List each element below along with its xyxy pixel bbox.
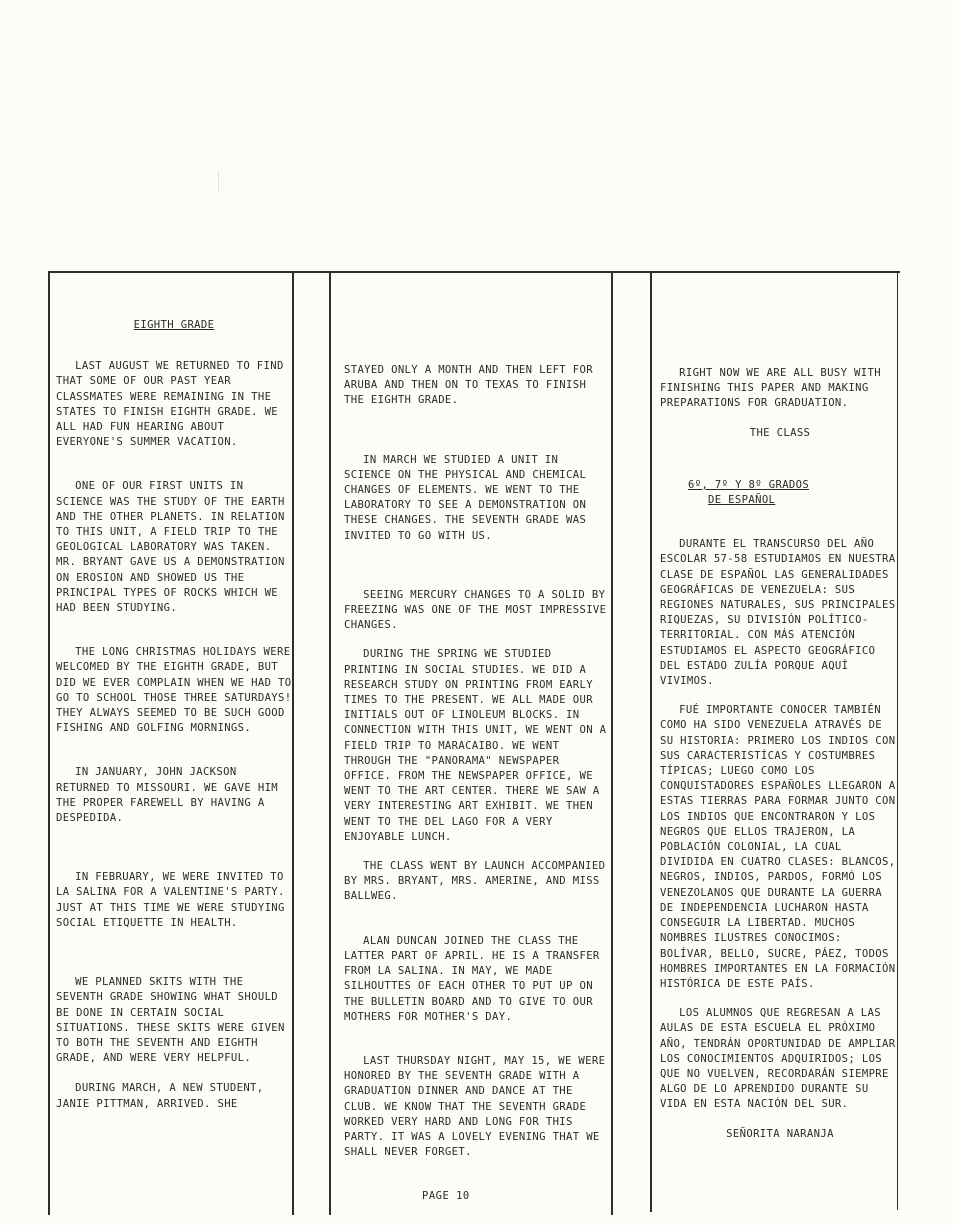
paragraph: During March, a new student, Janie Pittm… [56, 1081, 292, 1111]
column-eighth-grade: Eighth Grade Last August we returned to … [56, 318, 292, 1112]
paragraph: In January, John Jackson returned to Mis… [56, 765, 292, 826]
paragraph: Right now we are all busy with finishing… [660, 366, 900, 412]
paragraph: Fué importante conocer también como ha s… [660, 703, 900, 992]
column-rule [611, 272, 613, 1215]
paragraph: In February, we were invited to La Salin… [56, 870, 292, 931]
column-rule-left [48, 272, 50, 1215]
top-rule [48, 271, 900, 273]
paragraph: stayed only a month and then left for Ar… [344, 363, 610, 409]
section-heading: 6º, 7º y 8º Grados [660, 478, 900, 493]
scan-smudge [218, 172, 222, 194]
paragraph: Los alumnos que regresan a las aulas de … [660, 1006, 900, 1112]
page-number: Page 10 [422, 1190, 470, 1202]
paragraph: Seeing mercury changes to a solid by fre… [344, 588, 610, 634]
section-heading: Eighth Grade [56, 318, 292, 333]
column-rule [292, 272, 294, 1215]
paragraph: Durante el transcurso del Año escolar 57… [660, 537, 900, 689]
paragraph: Last Thursday night, May 15, we were hon… [344, 1054, 610, 1160]
paragraph: During the spring we studied printing in… [344, 647, 610, 845]
column-rule [329, 272, 331, 1215]
paragraph: One of our first units in Science was th… [56, 479, 292, 616]
column-espanol: Right now we are all busy with finishing… [660, 366, 900, 1142]
paragraph: Last August we returned to find that som… [56, 359, 292, 450]
signature-senorita-naranja: Señorita Naranja [660, 1127, 900, 1142]
paragraph: Alan Duncan joined the class the latter … [344, 934, 610, 1025]
column-eighth-grade-continued: stayed only a month and then left for Ar… [344, 363, 610, 1160]
column-rule [650, 272, 652, 1212]
paragraph: We planned skits with the Seventh Grade … [56, 975, 292, 1066]
section-heading-line2: de Español [660, 493, 900, 508]
signature-the-class: The Class [660, 426, 900, 441]
paragraph: The class went by launch accompanied by … [344, 859, 610, 905]
paragraph: In March we studied a unit in Science on… [344, 453, 610, 544]
paragraph: The long Christmas Holidays were welcome… [56, 645, 292, 736]
